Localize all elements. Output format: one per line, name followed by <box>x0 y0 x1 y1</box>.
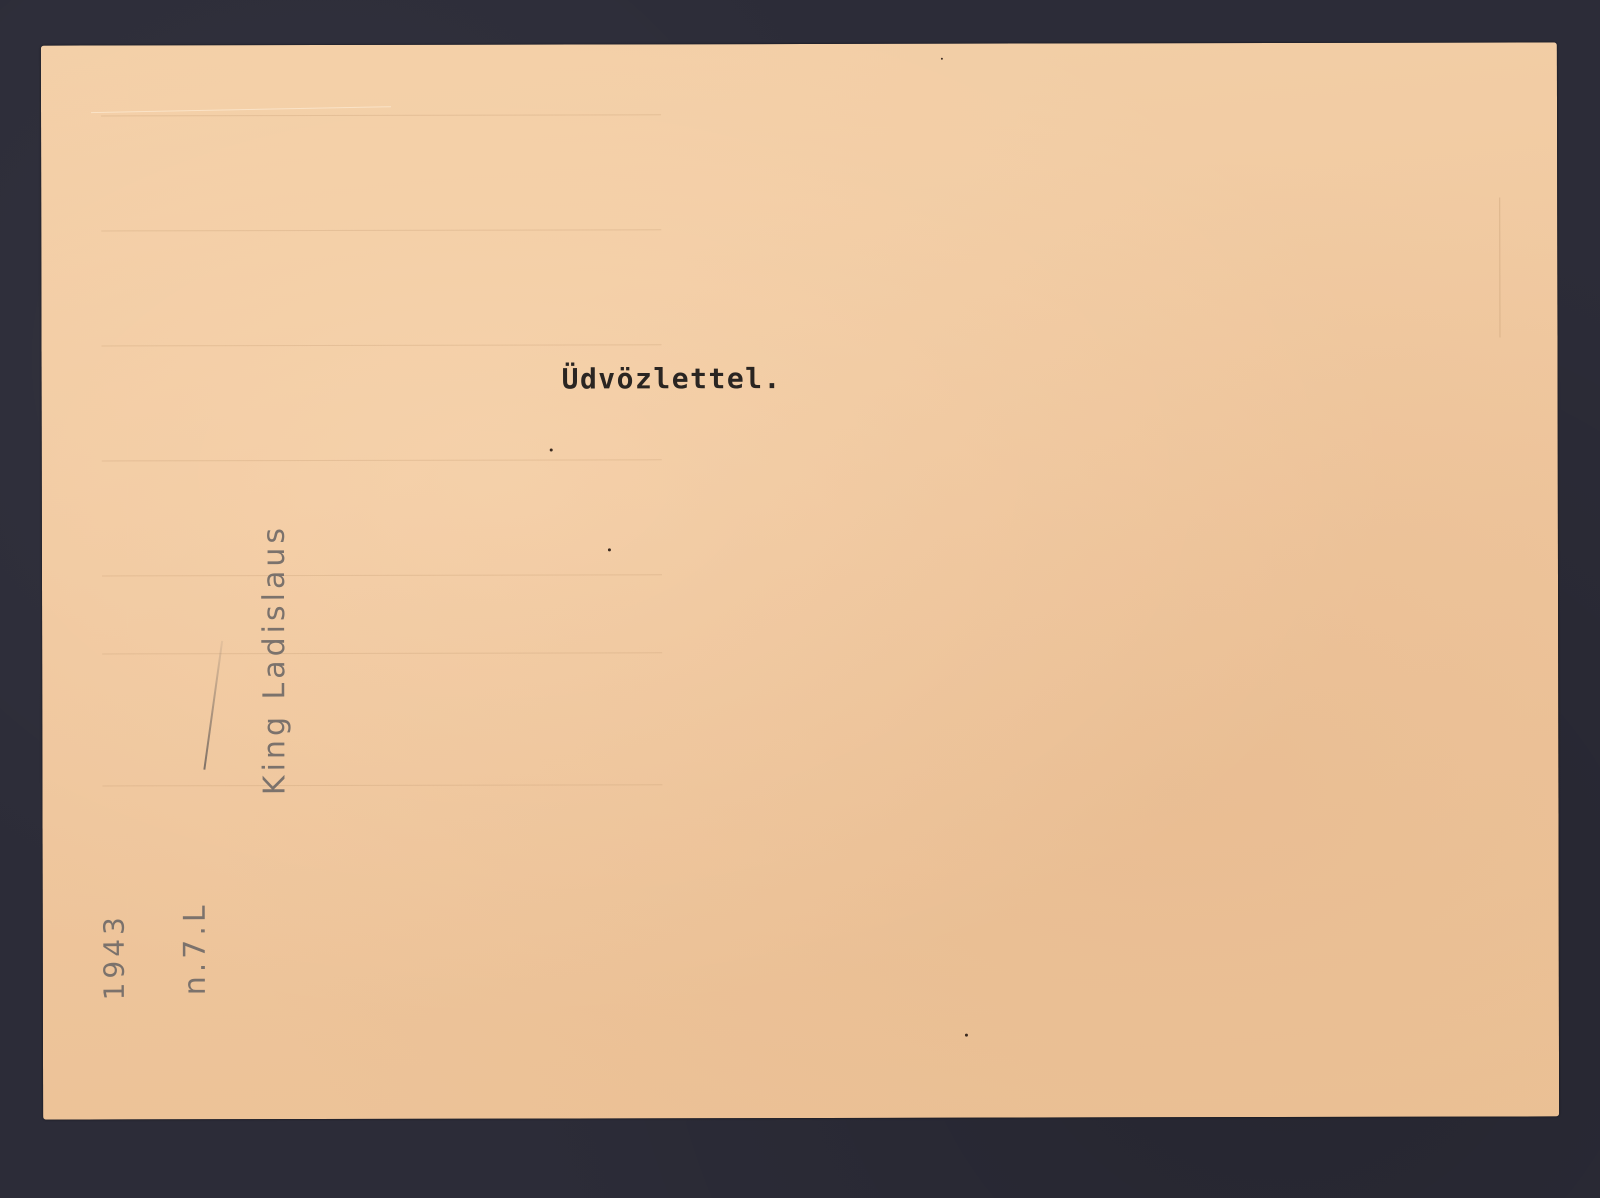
ruling-line <box>102 652 662 654</box>
ink-speck <box>550 449 553 452</box>
pencil-dash <box>203 641 223 770</box>
paper-crease <box>91 106 391 113</box>
pencil-note-reference: n.7.L <box>178 901 213 995</box>
ruling-line <box>101 114 661 116</box>
postcard: Üdvözlettel. King Ladislaus n.7.L 1943 <box>41 42 1559 1119</box>
ink-speck <box>965 1034 968 1037</box>
faint-vertical-mark <box>1499 198 1500 338</box>
typed-greeting: Üdvözlettel. <box>562 362 782 395</box>
pencil-note-year: 1943 <box>98 913 131 1000</box>
ruling-line <box>102 784 662 786</box>
ruling-line <box>101 229 661 231</box>
ruling-line <box>102 574 662 576</box>
ruling-line <box>102 344 662 346</box>
ruling-line <box>102 459 662 461</box>
pencil-note-king-ladislaus: King Ladislaus <box>257 524 293 795</box>
ink-speck <box>608 548 611 551</box>
ink-speck <box>941 58 943 60</box>
